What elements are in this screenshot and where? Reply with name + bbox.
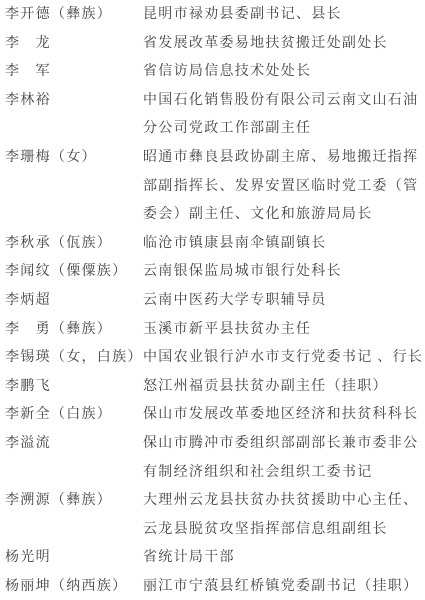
person-name: 李闻纹（傈僳族） [5, 258, 143, 287]
person-name: 李 勇（彝族） [5, 316, 143, 345]
person-name: 李 军 [5, 58, 143, 87]
person-position: 昭通市彝良县政协副主席、易地搬迁指挥部副指挥长、发界安置区临时党工委（管委会）副… [143, 144, 425, 230]
list-item: 李炳超 云南中医药大学专职辅导员 [5, 287, 425, 316]
list-item: 李秋承（佤族） 临沧市镇康县南伞镇副镇长 [5, 230, 425, 259]
person-position: 省统计局干部 [143, 544, 425, 573]
list-item: 李珊梅（女） 昭通市彝良县政协副主席、易地搬迁指挥部副指挥长、发界安置区临时党工… [5, 144, 425, 230]
person-position: 保山市腾冲市委组织部副部长兼市委非公有制经济组织和社会组织工委书记 [143, 430, 425, 487]
list-item: 李鹏飞 怒江州福贡县扶贫办副主任（挂职） [5, 373, 425, 402]
list-item: 杨光明 省统计局干部 [5, 544, 425, 573]
person-position: 中国石化销售股份有限公司云南文山石油分公司党政工作部副主任 [143, 87, 425, 144]
person-position: 玉溪市新平县扶贫办主任 [143, 316, 425, 345]
person-position: 中国农业银行泸水市支行党委书记 、行长 [143, 344, 425, 373]
appointment-list-page: 李开德（彝族） 昆明市禄劝县委副书记、县长 李 龙 省发展改革委易地扶贫搬迁处副… [0, 0, 425, 600]
person-name: 李开德（彝族） [5, 1, 143, 30]
person-name: 李 龙 [5, 30, 143, 59]
person-name: 李林裕 [5, 87, 143, 116]
list-item: 杨丽坤（纳西族） 丽江市宁蒗县红桥镇党委副书记（挂职） [5, 573, 425, 600]
person-name: 李珊梅（女） [5, 144, 143, 173]
person-position: 丽江市宁蒗县红桥镇党委副书记（挂职） [143, 573, 425, 600]
person-position: 云南中医药大学专职辅导员 [143, 287, 425, 316]
list-item: 李新全（白族） 保山市发展改革委地区经济和扶贫科科长 [5, 401, 425, 430]
person-position: 昆明市禄劝县委副书记、县长 [143, 1, 425, 30]
person-name: 李鹏飞 [5, 373, 143, 402]
list-item: 李 军 省信访局信息技术处处长 [5, 58, 425, 87]
list-item: 李林裕 中国石化销售股份有限公司云南文山石油分公司党政工作部副主任 [5, 87, 425, 144]
person-name: 杨丽坤（纳西族） [5, 573, 143, 600]
person-position: 保山市发展改革委地区经济和扶贫科科长 [143, 401, 425, 430]
person-position: 省发展改革委易地扶贫搬迁处副处长 [143, 30, 425, 59]
person-position: 大理州云龙县扶贫办扶贫援助中心主任、云龙县脱贫攻坚指挥部信息组副组长 [143, 487, 425, 544]
list-item: 李溢流 保山市腾冲市委组织部副部长兼市委非公有制经济组织和社会组织工委书记 [5, 430, 425, 487]
person-name: 李新全（白族） [5, 401, 143, 430]
person-position: 省信访局信息技术处处长 [143, 58, 425, 87]
person-name: 李溯源（彝族） [5, 487, 143, 516]
person-list: 李开德（彝族） 昆明市禄劝县委副书记、县长 李 龙 省发展改革委易地扶贫搬迁处副… [5, 1, 425, 600]
list-item: 李锡瑛（女，白族） 中国农业银行泸水市支行党委书记 、行长 [5, 344, 425, 373]
person-name: 杨光明 [5, 544, 143, 573]
list-item: 李 勇（彝族） 玉溪市新平县扶贫办主任 [5, 316, 425, 345]
person-name: 李秋承（佤族） [5, 230, 143, 259]
person-position: 云南银保监局城市银行处科长 [143, 258, 425, 287]
person-name: 李溢流 [5, 430, 143, 459]
person-position: 怒江州福贡县扶贫办副主任（挂职） [143, 373, 425, 402]
person-position: 临沧市镇康县南伞镇副镇长 [143, 230, 425, 259]
list-item: 李 龙 省发展改革委易地扶贫搬迁处副处长 [5, 30, 425, 59]
person-name: 李炳超 [5, 287, 143, 316]
list-item: 李闻纹（傈僳族） 云南银保监局城市银行处科长 [5, 258, 425, 287]
list-item: 李溯源（彝族） 大理州云龙县扶贫办扶贫援助中心主任、云龙县脱贫攻坚指挥部信息组副… [5, 487, 425, 544]
list-item: 李开德（彝族） 昆明市禄劝县委副书记、县长 [5, 1, 425, 30]
person-name: 李锡瑛（女，白族） [5, 344, 143, 373]
